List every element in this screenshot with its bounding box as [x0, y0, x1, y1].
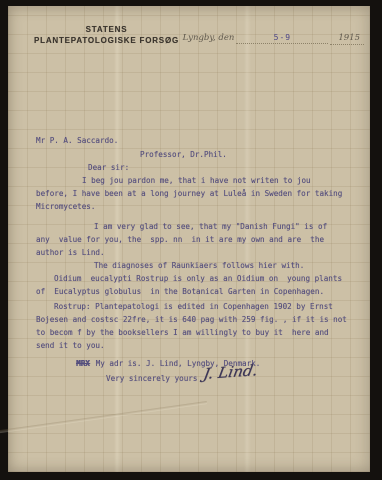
scanned-letter-photo: STATENS PLANTEPATOLOGISKE FORSØG Lyngby,… — [0, 0, 382, 480]
letter-line: any value for you, the spp. nn in it are… — [36, 233, 358, 246]
salutation: Dear sir: — [36, 161, 358, 174]
letter-paper: STATENS PLANTEPATOLOGISKE FORSØG Lyngby,… — [8, 6, 370, 472]
letter-line: Micromycetes. — [36, 200, 358, 213]
address-row: MRXMy adr is. J. Lind, Lyngby, Denmark. — [36, 357, 358, 370]
letter-line: I beg jou pardon me, that i have not wri… — [36, 174, 358, 187]
date-line: Lyngby, den 5-9 1915 — [183, 33, 364, 46]
date-year: 1915 — [330, 33, 364, 45]
struck-text: MRX — [76, 359, 90, 368]
recipient-title: Professor, Dr.Phil. — [36, 148, 358, 161]
letter-line: Bojesen and costsc 22fre, it is 640 pag … — [36, 313, 358, 326]
typed-date: 5-9 — [236, 33, 328, 44]
letter-line: to becom f by the booksellers I am willi… — [36, 326, 358, 339]
letter-line: I am very glad to see, that my "Danish F… — [36, 220, 358, 233]
letter-line: before, I have been at a long journey at… — [36, 187, 358, 200]
date-prefix: Lyngby, den — [183, 33, 235, 43]
letter-line: The diagnoses of Raunkiaers follows hier… — [36, 259, 358, 272]
letter-line: Rostrup: Plantepatologi is edited in Cop… — [36, 300, 358, 313]
recipient-line: Mr P. A. Saccardo. — [36, 134, 358, 147]
closing-text: Very sincerely yours — [106, 374, 197, 383]
letter-body: Mr P. A. Saccardo. Professor, Dr.Phil. D… — [36, 134, 358, 385]
organization-name: STATENS PLANTEPATOLOGISKE FORSØG — [34, 24, 179, 46]
org-line-1: STATENS — [34, 24, 179, 35]
letterhead: STATENS PLANTEPATOLOGISKE FORSØG Lyngby,… — [8, 24, 370, 46]
letter-line: author is Lind. — [36, 246, 358, 259]
letter-line: send it to you. — [36, 339, 358, 352]
letter-line: Oidium eucalypti Rostrup is only as an O… — [36, 272, 358, 285]
closing-row: Very sincerely yours J. Lind. — [36, 372, 358, 385]
handwritten-signature: J. Lind. — [202, 364, 258, 381]
letter-line: of Eucalyptus globulus in the Botanical … — [36, 285, 358, 298]
org-line-2: PLANTEPATOLOGISKE FORSØG — [34, 35, 179, 46]
